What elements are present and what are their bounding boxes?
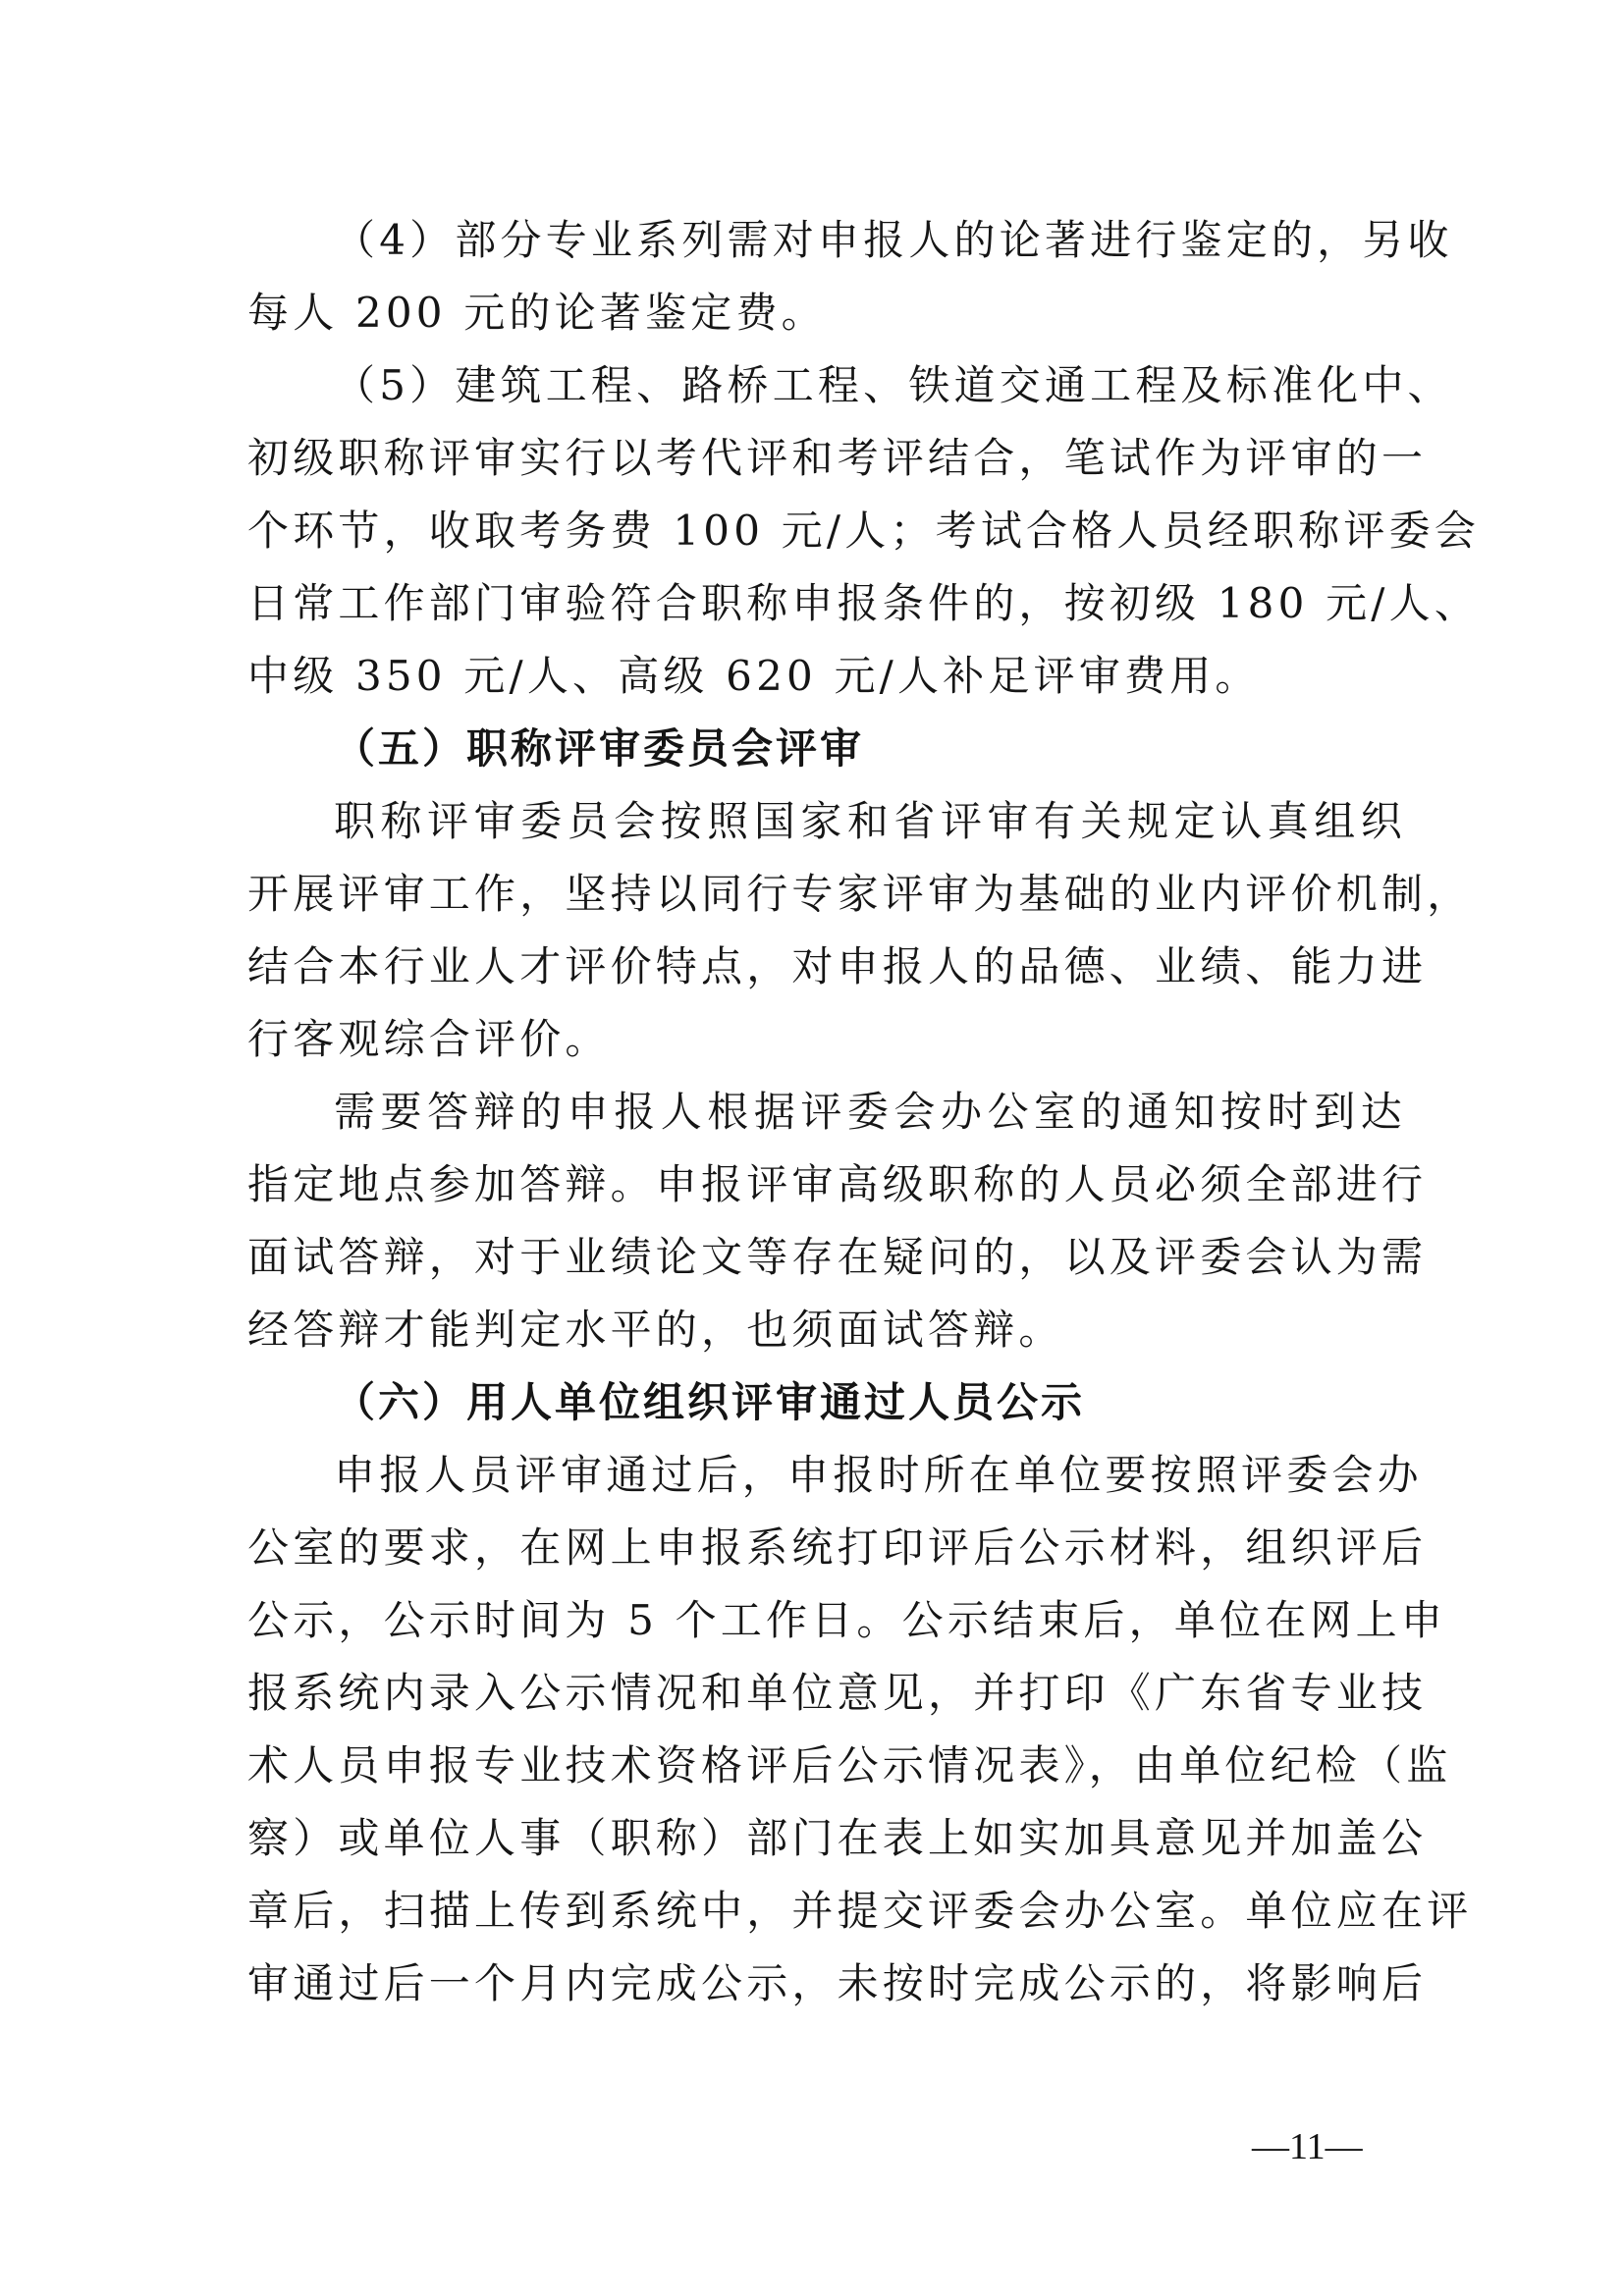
section-heading: （六）用人单位组织评审通过人员公示 [334,1366,1085,1439]
paragraph-line: （4）部分专业系列需对申报人的论著进行鉴定的，另收 [334,204,1406,277]
paragraph-line: 初级职称评审实行以考代评和考评结合，笔试作为评审的一 [247,422,1406,495]
paragraph-line: 职称评审委员会按照国家和省评审有关规定认真组织 [334,785,1406,858]
paragraph-line: 行客观综合评价。 [247,1003,1406,1076]
paragraph-line: 术人员申报专业技术资格评后公示情况表》，由单位纪检（监 [247,1730,1406,1802]
paragraph-line: 指定地点参加答辩。申报评审高级职称的人员必须全部进行 [247,1148,1406,1221]
paragraph-line: 审通过后一个月内完成公示，未按时完成公示的，将影响后 [247,1948,1406,2020]
paragraph-line: 结合本行业人才评价特点，对申报人的品德、业绩、能力进 [247,931,1406,1003]
paragraph-line: 报系统内录入公示情况和单位意见，并打印《广东省专业技 [247,1657,1406,1730]
paragraph-line: 个环节，收取考务费 100 元/人；考试合格人员经职称评委会 [247,495,1406,567]
page-number: —11— [1252,2122,1363,2171]
document-page: （4）部分专业系列需对申报人的论著进行鉴定的，另收 每人 200 元的论著鉴定费… [0,0,1624,2296]
paragraph-line: 察）或单位人事（职称）部门在表上如实加具意见并加盖公 [247,1802,1406,1875]
paragraph-line: 公示，公示时间为 5 个工作日。公示结束后，单位在网上申 [247,1584,1406,1657]
paragraph-line: 开展评审工作，坚持以同行专家评审为基础的业内评价机制， [247,858,1406,931]
paragraph-line: 需要答辩的申报人根据评委会办公室的通知按时到达 [334,1076,1406,1148]
section-heading: （五）职称评审委员会评审 [334,713,864,785]
paragraph-line: 中级 350 元/人、高级 620 元/人补足评审费用。 [247,640,1406,713]
paragraph-line: 每人 200 元的论著鉴定费。 [247,277,1406,349]
paragraph-line: 章后，扫描上传到系统中，并提交评委会办公室。单位应在评 [247,1875,1406,1948]
paragraph-line: 公室的要求，在网上申报系统打印评后公示材料，组织评后 [247,1512,1406,1584]
paragraph-line: 申报人员评审通过后，申报时所在单位要按照评委会办 [334,1439,1406,1512]
paragraph-line: 经答辩才能判定水平的，也须面试答辩。 [247,1294,1406,1366]
paragraph-line: 面试答辩，对于业绩论文等存在疑问的，以及评委会认为需 [247,1221,1406,1294]
paragraph-line: （5）建筑工程、路桥工程、铁道交通工程及标准化中、 [334,349,1406,422]
paragraph-line: 日常工作部门审验符合职称申报条件的，按初级 180 元/人、 [247,567,1406,640]
